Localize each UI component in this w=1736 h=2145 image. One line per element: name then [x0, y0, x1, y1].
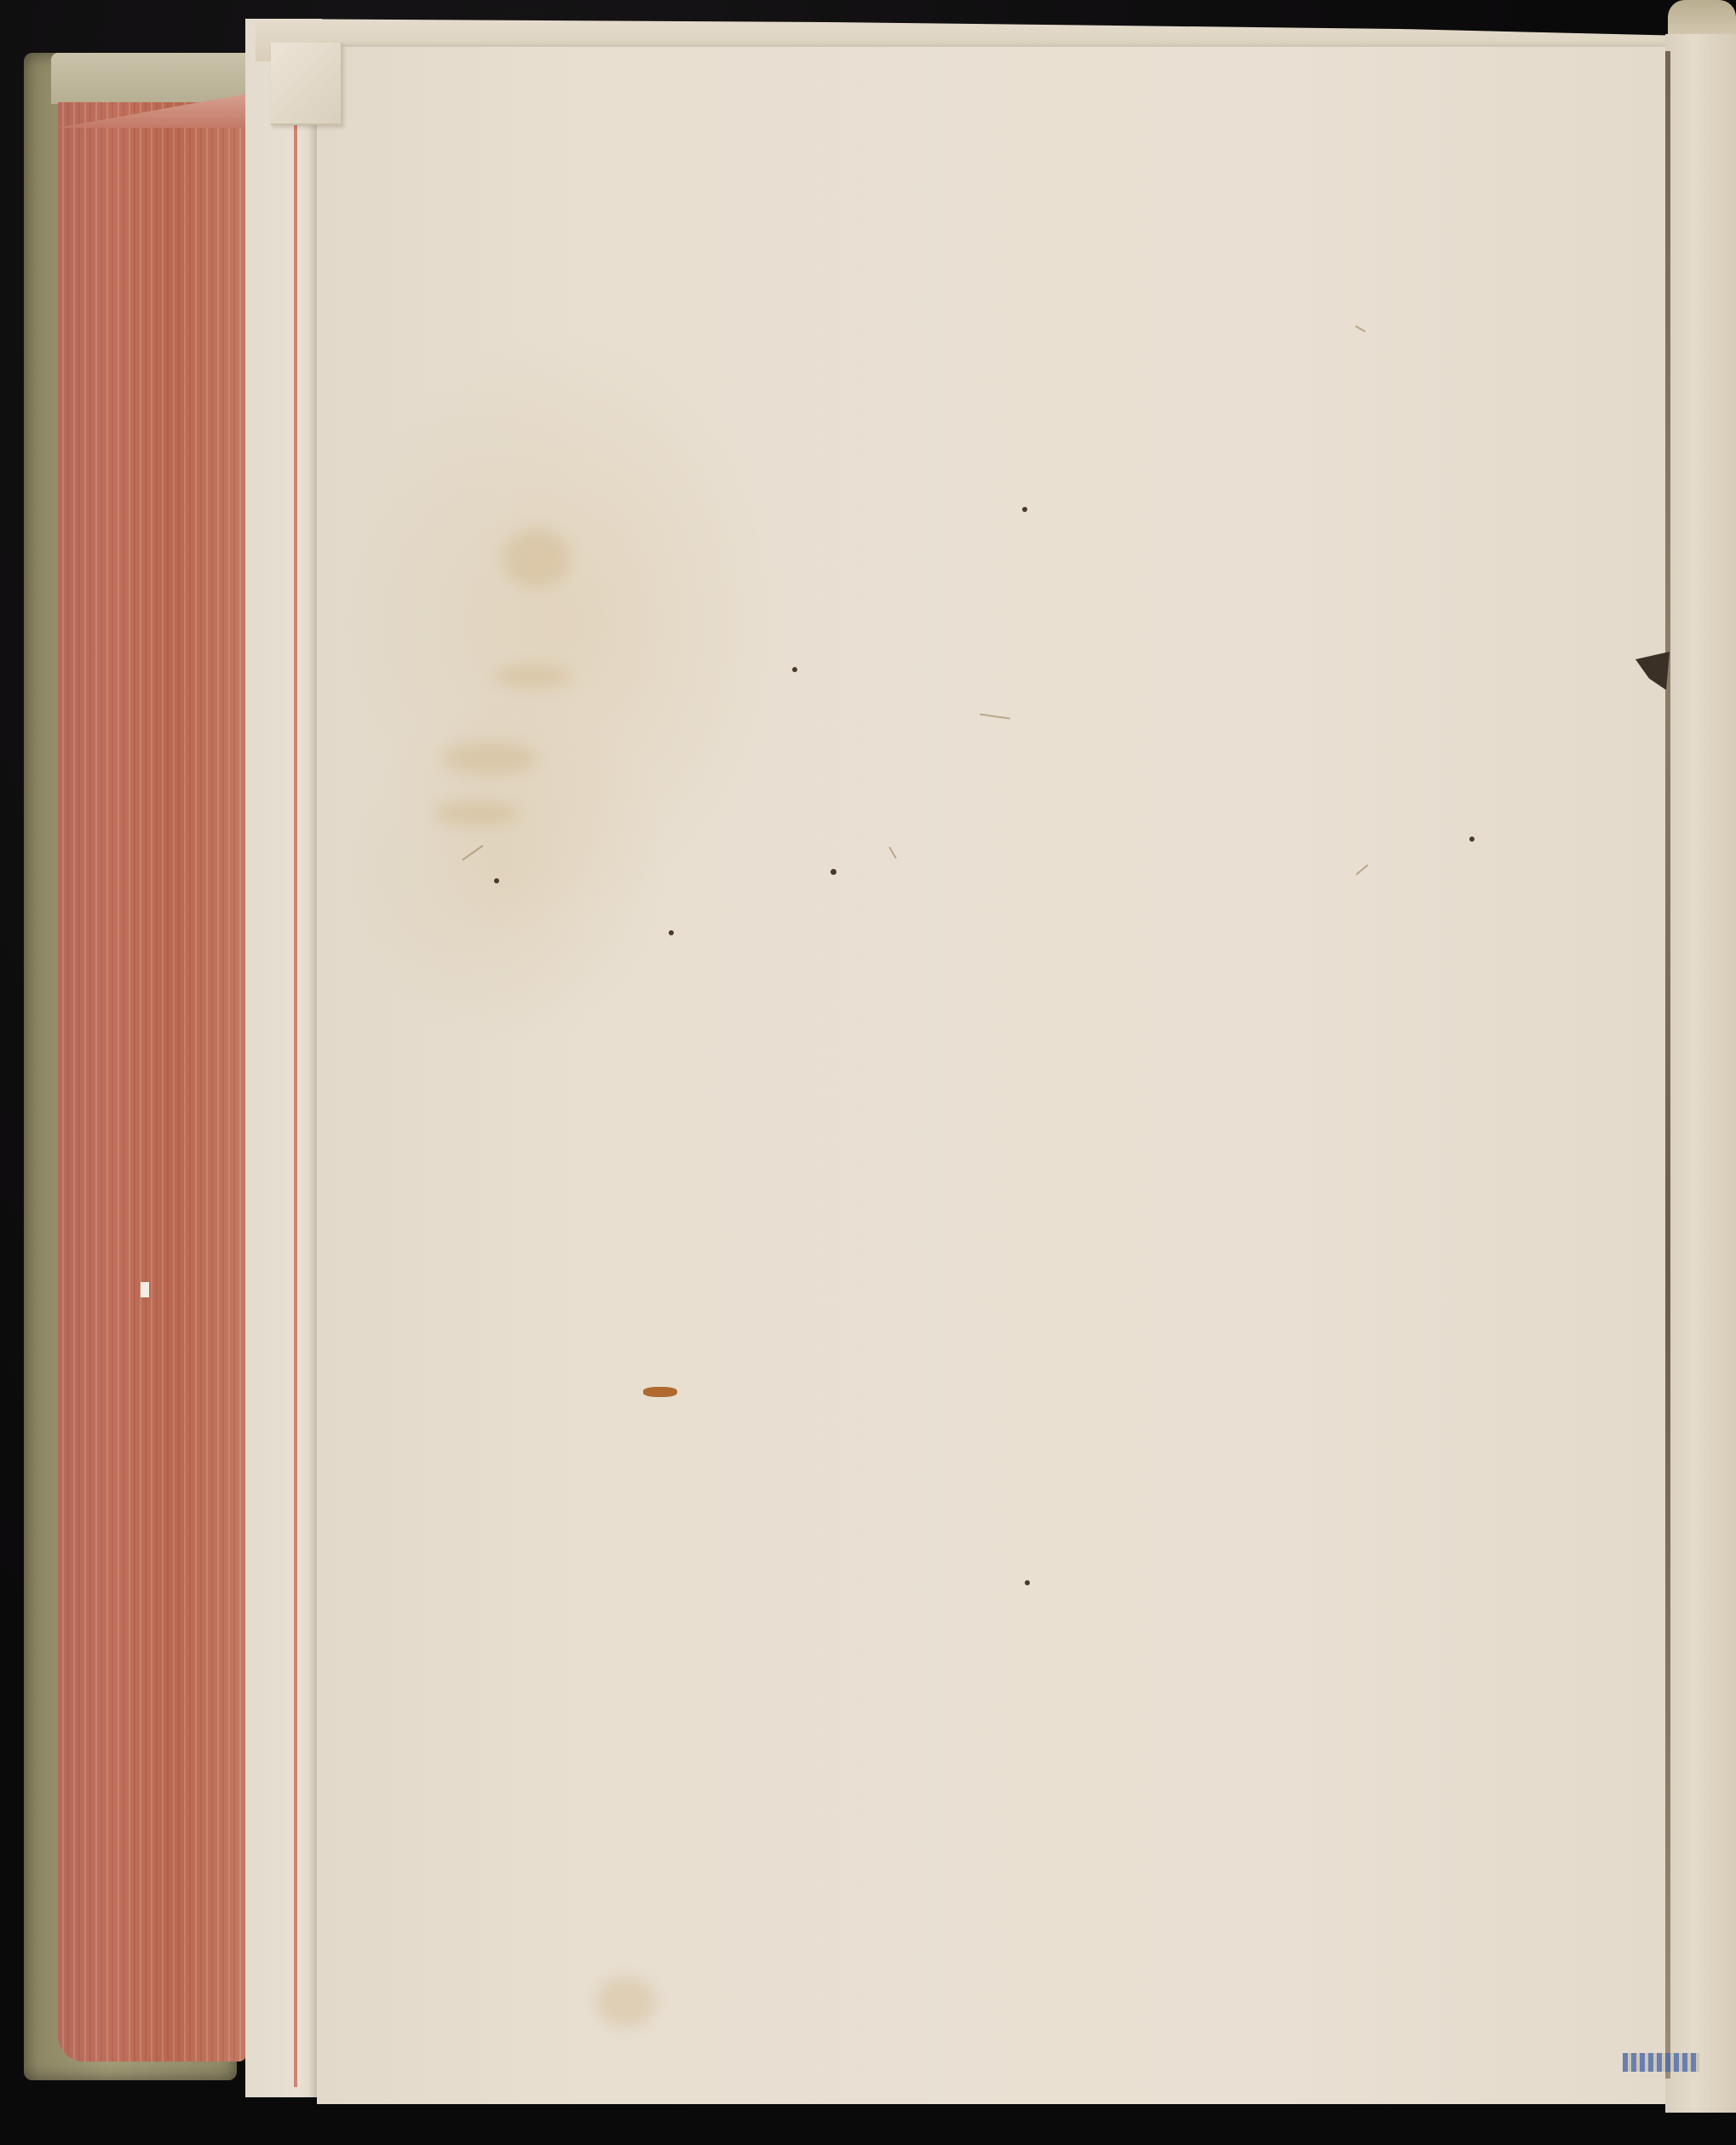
blank-endpaper-page: [317, 47, 1671, 2104]
gutter-crack: [1665, 51, 1670, 2079]
water-stain: [503, 528, 571, 588]
ink-speck: [669, 930, 674, 935]
ink-speck: [1025, 1580, 1030, 1585]
blue-headband-thread: [1623, 2053, 1699, 2072]
water-stain: [434, 801, 520, 826]
folded-corner-flap: [271, 43, 342, 125]
water-stain: [596, 1976, 656, 2027]
page-edge-strip: [245, 19, 322, 2097]
spine-headcap: [1668, 0, 1736, 34]
water-stain: [443, 741, 537, 775]
red-edge-line: [294, 102, 297, 2087]
ink-speck: [1022, 507, 1027, 512]
ink-speck: [831, 869, 836, 875]
ink-speck: [792, 667, 797, 672]
rust-stain: [643, 1387, 677, 1397]
paper-chip: [141, 1282, 149, 1297]
spine-gutter: [1665, 34, 1736, 2113]
ink-speck: [1469, 837, 1474, 842]
ink-speck: [494, 878, 499, 883]
red-fore-edge: [58, 102, 247, 2062]
water-stain: [494, 664, 571, 688]
